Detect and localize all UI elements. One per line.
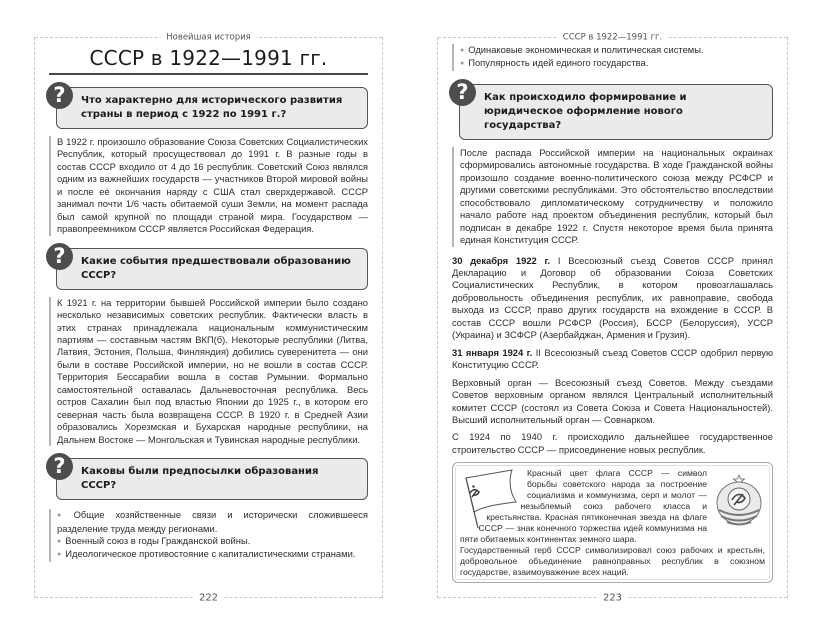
running-head: СССР в 1922—1991 гг. [438,37,787,38]
emblem-description: Государственный герб СССР символизировал… [460,545,765,578]
answer-block: Одинаковые экономическая и политическая … [452,44,773,71]
page-title: СССР в 1922—1991 гг. [49,46,368,75]
question-mark-icon: ? [46,243,73,270]
answer-block: К 1921 г. на территории бывшей Российско… [49,297,368,446]
page-footer: 222 [35,597,382,598]
question-box: ? Что характерно для исторического разви… [56,87,368,129]
list-item: Военный союз в годы Гражданской войны. [57,535,368,548]
question-text: Какие события предшествовали образованию… [81,256,351,281]
running-head-text: СССР в 1922—1991 гг. [557,33,668,43]
running-head-text: Новейшая история [160,33,257,43]
page-number: 223 [597,593,628,604]
soviet-emblem-icon [713,474,765,528]
list-item: Одинаковые экономическая и политическая … [460,44,773,57]
question-text: Как происходило формирование и юридическ… [484,92,687,131]
answer-text: После распада Российской империи на наци… [460,147,773,247]
event-text: I Всесоюзный съезд Советов СССР принял Д… [452,255,773,341]
answer-text: В 1922 г. произошло образование Союза Со… [57,136,368,236]
event-date: 30 декабря 1922 г. [452,255,550,266]
answer-block: В 1922 г. произошло образование Союза Со… [49,136,368,236]
body-paragraph: С 1924 по 1940 г. происходило дальнейшее… [452,431,773,456]
page-footer: 223 [438,597,787,598]
bullet-list: Одинаковые экономическая и политическая … [460,44,773,71]
question-box: ? Как происходило формирование и юридиче… [459,84,773,140]
event-date: 31 января 1924 г. [452,347,532,358]
running-head: Новейшая история [35,37,382,38]
answer-block: После распада Российской империи на наци… [452,147,773,247]
body-paragraph: Верховный орган — Всесоюзный съезд Совет… [452,377,773,427]
question-box: ? Каковы были предпосылки образования СС… [56,458,368,500]
right-page: СССР в 1922—1991 гг. Одинаковые экономич… [437,37,788,598]
question-mark-icon: ? [46,453,73,480]
right-page-content: Одинаковые экономическая и политическая … [452,44,773,583]
list-item: Популярность идей единого государства. [460,57,773,70]
symbols-infobox: Красный цвет флага СССР — символ борьбы … [452,462,773,583]
question-mark-icon: ? [449,79,476,106]
event-paragraph: 30 декабря 1922 г. I Всесоюзный съезд Со… [452,255,773,342]
left-page: Новейшая история СССР в 1922—1991 гг. ? … [34,37,383,598]
question-mark-icon: ? [46,82,73,109]
answer-block: Общие хозяйственные связи и исторически … [49,509,368,562]
answer-text: К 1921 г. на территории бывшей Российско… [57,297,368,446]
page-number: 222 [193,593,224,604]
list-item: Общие хозяйственные связи и исторически … [57,509,368,535]
bullet-list: Общие хозяйственные связи и исторически … [57,509,368,562]
list-item: Идеологическое противостояние с капитали… [57,548,368,561]
left-page-content: СССР в 1922—1991 гг. ? Что характерно дл… [49,46,368,562]
event-paragraph: 31 января 1924 г. II Всесоюзный съезд Со… [452,347,773,372]
question-text: Каковы были предпосылки образования СССР… [81,466,318,491]
question-text: Что характерно для исторического развити… [81,95,342,120]
question-box: ? Какие события предшествовали образован… [56,248,368,290]
